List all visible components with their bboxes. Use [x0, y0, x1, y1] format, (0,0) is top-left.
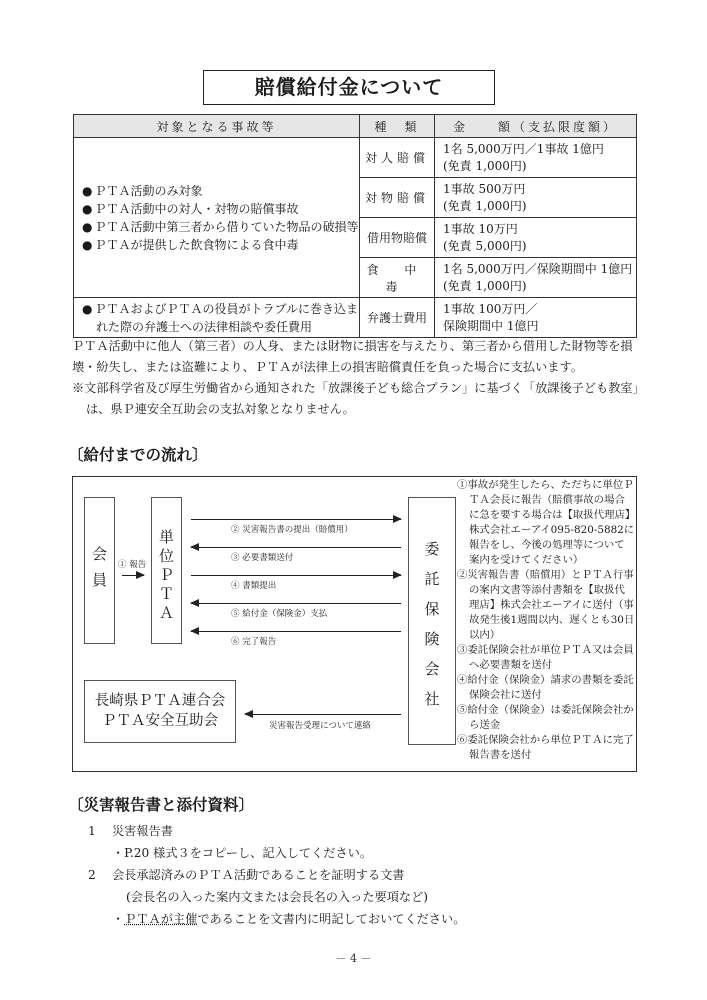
unit-pta-char: 位	[152, 547, 181, 566]
member-box: 会員	[84, 497, 115, 644]
insurer-char: 保	[409, 594, 455, 624]
kind-cell: 対人賠償	[360, 138, 435, 178]
document-item: 2会長承認済みのＰＴＡ活動であることを証明する文書	[88, 864, 465, 886]
header-kind: 種 類	[360, 115, 435, 138]
header-cases: 対象となる事故等	[74, 115, 360, 138]
amount-cell: 1事故 500万円 (免責 1,000円)	[435, 178, 637, 218]
case-item: ＰＴＡ活動中第三者から借りていた物品の破損等	[82, 218, 359, 236]
table-row: ＰＴＡ活動のみ対象 ＰＴＡ活動中の対人・対物の賠償事故 ＰＴＡ活動中第三者から借…	[74, 138, 637, 178]
unit-pta-char: Ｐ	[152, 566, 181, 585]
deductible-line: (免責 1,000円)	[443, 198, 636, 215]
prefecture-line2: ＰＴＡ安全互助会	[85, 711, 235, 731]
insurer-char: 険	[409, 624, 455, 654]
amount-cell: 1名 5,000万円／1事故 1億円 (免責 1,000円)	[435, 138, 637, 178]
arrow-left-icon	[245, 714, 401, 715]
amount-line: 1事故 10万円	[443, 221, 636, 238]
amount-line: 1事故 100万円／	[443, 301, 636, 318]
arrow-right-icon	[122, 575, 144, 576]
table-header-row: 対象となる事故等 種 類 金 額（支払限度額）	[74, 115, 637, 138]
explanation-text: ＰＴＡ活動中に他人（第三者）の人身、または財物に損害を与えたり、第三者から借用し…	[72, 336, 642, 378]
case-item: ＰＴＡが提供した飲食物による食中毒	[82, 236, 359, 254]
member-label: 会員	[92, 541, 108, 593]
arrow-left-icon	[191, 603, 401, 604]
arrow-left-icon	[191, 631, 401, 632]
flow-notes: ①事故が発生したら、ただちに単位ＰＴＡ会長に報告（賠償事故の場合に急を要する場合…	[457, 477, 635, 763]
kind-cell: 弁護士費用	[360, 298, 435, 338]
unit-pta-char: Ａ	[152, 604, 181, 623]
arrow-right-icon	[191, 575, 401, 576]
flow-note: ⑤給付金（保険金）は委託保険会社から送金	[457, 703, 635, 733]
deductible-line: (免責 5,000円)	[443, 238, 636, 255]
case-item: ＰＴＡ活動中の対人・対物の賠償事故	[82, 200, 359, 218]
documents-heading: 〔災害報告書と添付資料〕	[68, 793, 254, 815]
final-bullet: ・ＰＴＡが主催であることを文書内に明記しておいてください。	[88, 908, 465, 930]
emphasized-text: ＰＴＡが主催	[124, 912, 197, 926]
amount-line: 保険期間中 1億円	[443, 318, 636, 335]
insurer-char: 社	[409, 684, 455, 714]
deductible-line: (免責 1,000円)	[443, 278, 636, 295]
table-row: ＰＴＡおよびＰＴＡの役員がトラブルに巻き込まれた際の弁護士への法律相談や委任費用…	[74, 298, 637, 338]
arrow-left-icon	[191, 547, 401, 548]
arrow-label-step3: ③ 必要書類送付	[231, 551, 293, 563]
unit-pta-box: 単 位 Ｐ Ｔ Ａ	[151, 497, 182, 644]
kind-cell: 借用物賠償	[360, 218, 435, 258]
insurer-char: 会	[409, 654, 455, 684]
note-text: ※文部科学省及び厚生労働省から通知された「放課後子ども総合プラン」に基づく「放課…	[72, 378, 642, 420]
page-title: 賠償給付金について	[203, 70, 495, 105]
amount-line: 1名 5,000万円／1事故 1億円	[443, 141, 636, 158]
arrow-label-report: ① 報告	[118, 558, 146, 570]
unit-pta-char: Ｔ	[152, 585, 181, 604]
kind-cell: 対物賠償	[360, 178, 435, 218]
arrow-label-step5: ⑤ 給付金（保険金）支払	[231, 607, 327, 619]
cases-cell: ＰＴＡ活動のみ対象 ＰＴＡ活動中の対人・対物の賠償事故 ＰＴＡ活動中第三者から借…	[74, 138, 360, 298]
item-title: 会長承認済みのＰＴＡ活動であることを証明する文書	[112, 868, 405, 882]
arrow-right-icon	[191, 519, 401, 520]
flow-note: ②災害報告書（賠償用）とＰＴＡ行事の案内文書等添付書類を【取扱代理店】株式会社エ…	[457, 568, 635, 643]
flow-note: ⑥委託保険会社から単位ＰＴＡに完了報告書を送付	[457, 733, 635, 763]
compensation-table: 対象となる事故等 種 類 金 額（支払限度額） ＰＴＡ活動のみ対象 ＰＴＡ活動中…	[73, 114, 637, 338]
amount-cell: 1事故 100万円／ 保険期間中 1億円	[435, 298, 637, 338]
case-item: ＰＴＡおよびＰＴＡの役員がトラブルに巻き込まれた際の弁護士への法律相談や委任費用	[82, 300, 359, 336]
case-item: ＰＴＡ活動のみ対象	[82, 182, 359, 200]
document-item: 1災害報告書	[88, 820, 465, 842]
amount-cell: 1名 5,000万円／保険期間中 1億円 (免責 1,000円)	[435, 258, 637, 298]
header-amount: 金 額（支払限度額）	[435, 115, 637, 138]
cases-cell: ＰＴＡおよびＰＴＡの役員がトラブルに巻き込まれた際の弁護士への法律相談や委任費用	[74, 298, 360, 338]
item-number: 1	[88, 820, 112, 842]
bullet: ・	[112, 912, 124, 926]
flow-heading: 〔給付までの流れ〕	[68, 443, 208, 465]
item-detail: ・P.20 様式３をコピーし、記入してください。	[88, 842, 465, 864]
arrow-label-step4: ④ 書類提出	[231, 579, 276, 591]
insurer-box: 委 託 保 険 会 社	[408, 497, 456, 745]
prefecture-line1: 長崎県ＰＴＡ連合会	[85, 691, 235, 711]
documents-list: 1災害報告書 ・P.20 様式３をコピーし、記入してください。 2会長承認済みの…	[88, 820, 465, 930]
item-detail: (会長名の入った案内文または会長名の入った要項など)	[88, 886, 465, 908]
prefecture-pta-box: 長崎県ＰＴＡ連合会 ＰＴＡ安全互助会	[84, 680, 236, 743]
insurer-char: 委	[409, 534, 455, 564]
arrow-label-step6: ⑥ 完了報告	[231, 635, 276, 647]
unit-pta-char: 単	[152, 528, 181, 547]
item-number: 2	[88, 864, 112, 886]
deductible-line: (免責 1,000円)	[443, 158, 636, 175]
amount-line: 1名 5,000万円／保険期間中 1億円	[443, 261, 636, 278]
flow-note: ④給付金（保険金）請求の書類を委託保険会社に送付	[457, 673, 635, 703]
insurer-char: 託	[409, 564, 455, 594]
page-number: － 4 －	[0, 950, 707, 966]
flow-diagram: 会員 ① 報告 単 位 Ｐ Ｔ Ａ ② 災害報告書の提出（賠償用） ③ 必要書類…	[72, 476, 637, 772]
flow-note: ①事故が発生したら、ただちに単位ＰＴＡ会長に報告（賠償事故の場合に急を要する場合…	[457, 478, 635, 568]
amount-cell: 1事故 10万円 (免責 5,000円)	[435, 218, 637, 258]
arrow-label-contact: 災害報告受理について連絡	[269, 719, 371, 731]
bullet-text: であることを文書内に明記しておいてください。	[197, 912, 465, 926]
amount-line: 1事故 500万円	[443, 181, 636, 198]
flow-note: ③委託保険会社が単位ＰＴＡ又は会員へ必要書類を送付	[457, 643, 635, 673]
arrow-label-step2: ② 災害報告書の提出（賠償用）	[231, 523, 353, 535]
kind-cell: 食 中 毒	[360, 258, 435, 298]
item-title: 災害報告書	[112, 824, 173, 838]
